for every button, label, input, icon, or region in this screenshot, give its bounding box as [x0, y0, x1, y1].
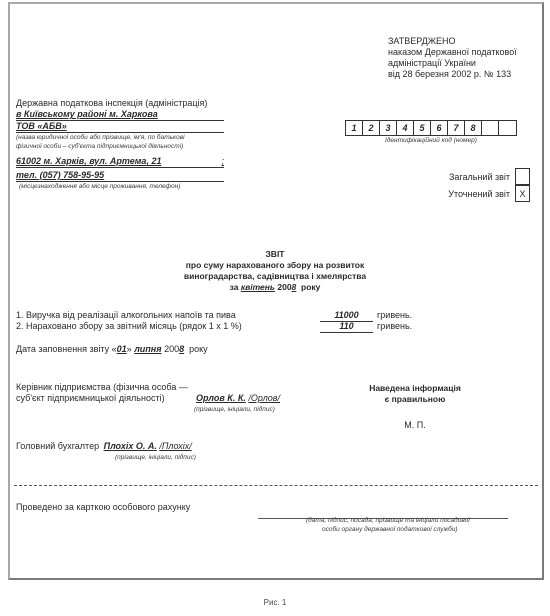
accountant-name: Плохіх О. А.	[104, 441, 157, 451]
id-code-cell: 5	[414, 121, 431, 135]
id-code-cell: 2	[363, 121, 380, 135]
id-code-cell	[499, 121, 516, 135]
fill-date-mid: »	[127, 344, 132, 354]
fill-date-prefix: Дата заповнення звіту «	[16, 344, 117, 354]
general-report-label: Загальний звіт	[449, 172, 510, 182]
period-prefix: за	[230, 282, 239, 292]
address-field[interactable]: 61002 м. Харків, вул. Артема, 21 ;	[16, 156, 224, 168]
id-code-box[interactable]: 1 2 3 4 5 6 7 8	[345, 120, 517, 136]
clarified-report-checkbox[interactable]: X	[515, 185, 530, 202]
title-heading: ЗВІТ	[0, 249, 550, 260]
id-code-caption: Ідентифікаційний код (номер)	[385, 136, 477, 145]
general-report-row: Загальний звіт	[449, 168, 530, 185]
company-hint: (назва юридичної особи або прізвище, ім'…	[16, 133, 185, 142]
accountant-signature: /Плохіх/	[159, 441, 191, 451]
tax-office-field[interactable]: в Київському районі м. Харкова	[16, 109, 224, 121]
period-year-field[interactable]: 8	[292, 282, 297, 292]
confirmation-line: є правильною	[350, 394, 480, 405]
clarified-report-label: Уточнений звіт	[448, 189, 510, 199]
id-code-cell: 4	[397, 121, 414, 135]
title-period: за квітень 2008 року	[0, 282, 550, 293]
address-suffix: ;	[221, 156, 224, 167]
account-label: Проведено за карткою особового рахунку	[16, 502, 190, 513]
period-month-field[interactable]: квітень	[241, 282, 275, 292]
clarified-report-row: Уточнений звіт X	[448, 185, 530, 202]
confirmation-line: Наведена інформація	[350, 383, 480, 394]
id-code-cell: 7	[448, 121, 465, 135]
fill-date-year-field[interactable]: 8	[179, 344, 184, 354]
director-label: суб'єкт підприємницької діяльності)	[16, 393, 165, 404]
official-hint: особи органу державної податкової служби…	[322, 525, 458, 534]
report-title: ЗВІТ про суму нарахованого збору на розв…	[0, 249, 550, 293]
director-signature: /Орлов/	[248, 393, 280, 403]
figure-caption: Рис. 1	[0, 598, 550, 607]
accountant-row: Головний бухгалтер Плохіх О. А. /Плохіх/	[16, 441, 192, 452]
id-code-cell: 8	[465, 121, 482, 135]
address-value: 61002 м. Харків, вул. Артема, 21	[16, 156, 161, 167]
line-1-unit: гривень.	[377, 310, 412, 321]
period-suffix: року	[301, 282, 320, 292]
id-code-cell: 1	[346, 121, 363, 135]
phone-field[interactable]: тел. (057) 758-95-95	[16, 170, 224, 182]
company-hint: фізичної особи – суб'єкта підприємницько…	[16, 142, 183, 151]
director-name: Орлов К. К.	[196, 393, 246, 403]
accountant-hint: (прізвище, ініціали, підпис)	[115, 453, 196, 462]
period-year-prefix: 200	[277, 282, 291, 292]
line-2-unit: гривень.	[377, 321, 412, 332]
approval-heading: ЗАТВЕРДЖЕНО	[388, 36, 517, 47]
line-1-label: 1. Виручка від реалізації алкогольних на…	[16, 310, 236, 321]
fill-date-suffix: року	[189, 344, 208, 354]
title-line: про суму нарахованого збору на розвиток	[0, 260, 550, 271]
line-2-value-field[interactable]: 110	[320, 321, 373, 333]
director-label: Керівник підприємства (фізична особа —	[16, 382, 188, 393]
approval-line: наказом Державної податкової	[388, 47, 517, 58]
fill-date-month-field[interactable]: липня	[134, 344, 161, 354]
tax-office-label: Державна податкова інспекція (адміністра…	[16, 98, 207, 109]
title-line: виноградарства, садівництва і хмелярства	[0, 271, 550, 282]
dashed-divider	[14, 485, 538, 486]
director-hint: (прізвище, ініціали, підпис)	[194, 405, 275, 414]
confirmation-block: Наведена інформація є правильною	[350, 383, 480, 405]
id-code-cell: 3	[380, 121, 397, 135]
official-hint: (дата, підпис, посада, прізвище та ініці…	[306, 516, 470, 525]
general-report-checkbox[interactable]	[515, 168, 530, 185]
fill-date-row: Дата заповнення звіту «01» липня 2008 ро…	[16, 344, 208, 355]
location-hint: (місцезнаходження або місце проживання, …	[19, 182, 180, 191]
fill-date-year-prefix: 200	[164, 344, 179, 354]
accountant-signature-field[interactable]: Плохіх О. А. /Плохіх/	[104, 441, 192, 451]
approval-line: адміністрації України	[388, 58, 517, 69]
id-code-cell	[482, 121, 499, 135]
accountant-label: Головний бухгалтер	[16, 441, 99, 451]
company-name-field[interactable]: ТОВ «АБВ»	[16, 121, 224, 133]
id-code-cell: 6	[431, 121, 448, 135]
approval-line: від 28 березня 2002 р. № 133	[388, 69, 517, 80]
approval-block: ЗАТВЕРДЖЕНО наказом Державної податкової…	[388, 36, 517, 80]
director-signature-field[interactable]: Орлов К. К. /Орлов/	[196, 393, 280, 404]
stamp-place: М. П.	[350, 420, 480, 431]
fill-date-day-field[interactable]: 01	[117, 344, 127, 354]
line-2-label: 2. Нараховано збору за звітний місяць (р…	[16, 321, 242, 332]
